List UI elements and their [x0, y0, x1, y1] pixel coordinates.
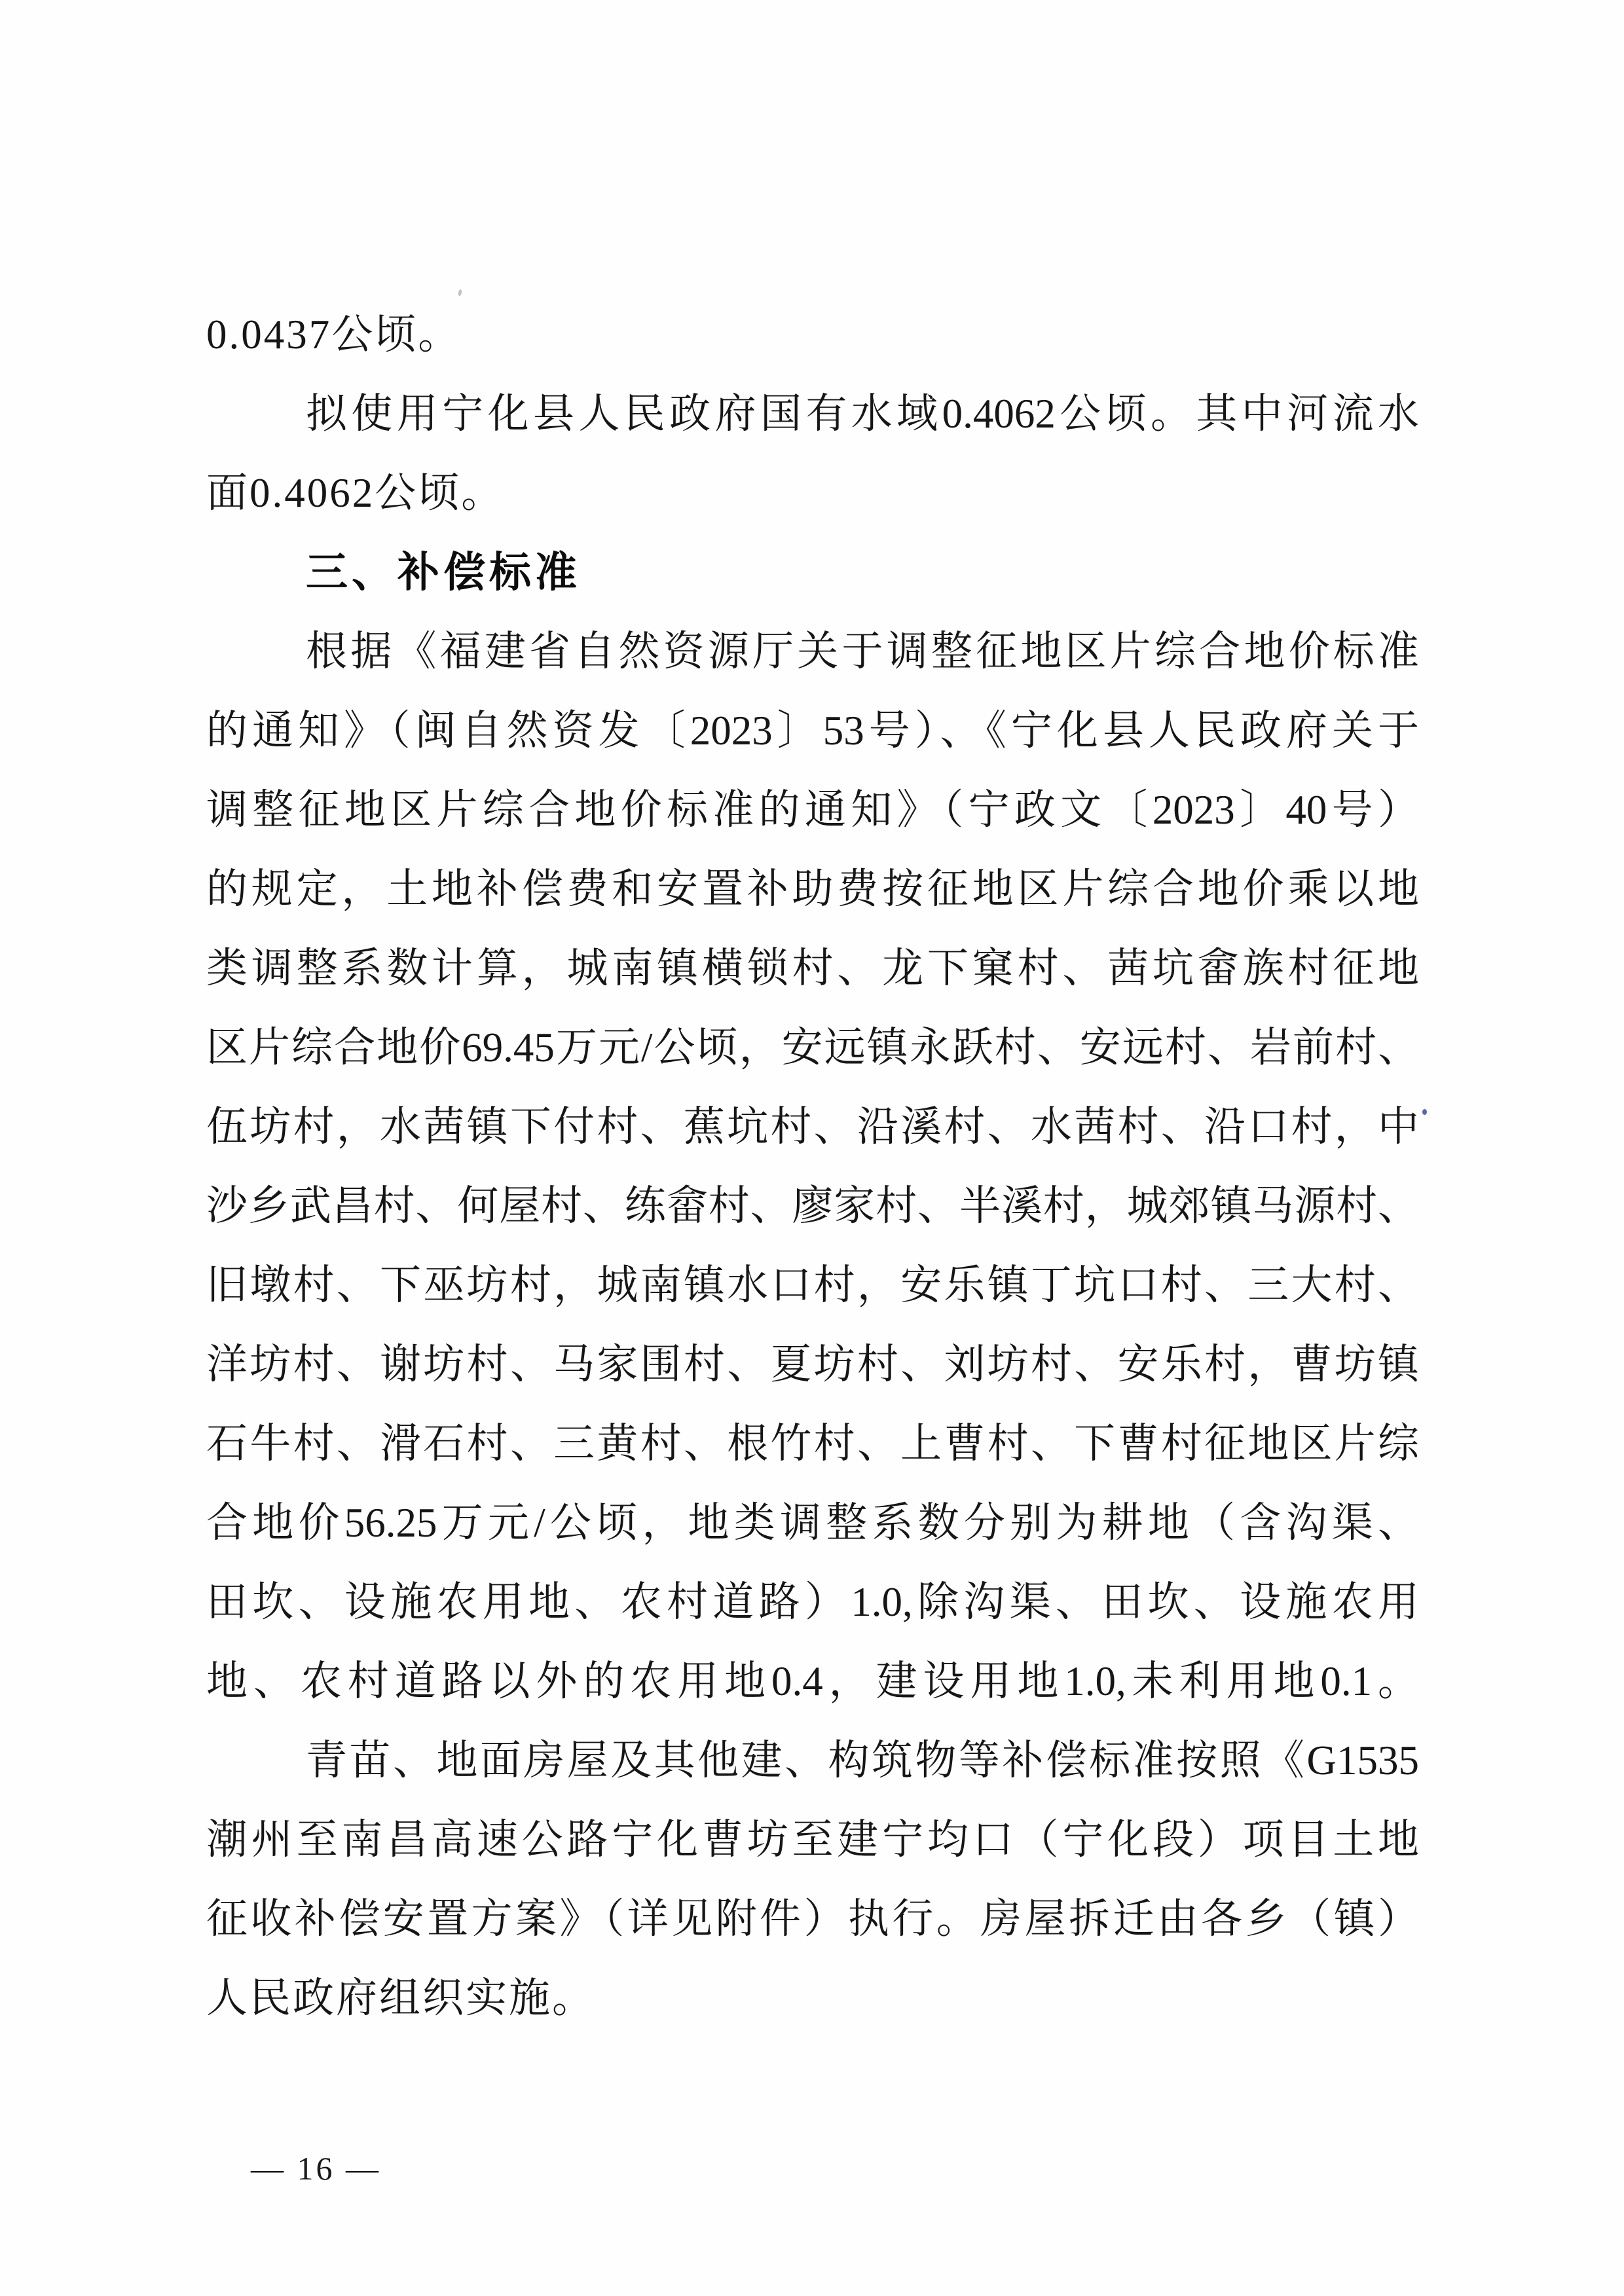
text-line: 旧墩村、下巫坊村，城南镇水口村，安乐镇丁坑口村、三大村、	[206, 1246, 1419, 1325]
text-line: 潮州至南昌高速公路宁化曹坊至建宁均口（宁化段）项目土地	[206, 1800, 1419, 1880]
text-line: 田坎、设施农用地、农村道路）1.0,除沟渠、田坎、设施农用	[206, 1563, 1419, 1642]
text-line: 人民政府组织实施。	[206, 1959, 1419, 2038]
document-page: 0.0437公顷。拟使用宁化县人民政府国有水域0.4062公顷。其中河流水面0.…	[0, 0, 1624, 2296]
text-line: 的通知》（闽自然资发〔2023〕53号）、《宁化县人民政府关于	[206, 691, 1419, 771]
text-line: 合地价56.25万元/公顷，地类调整系数分别为耕地（含沟渠、	[206, 1484, 1419, 1563]
document-body: 0.0437公顷。拟使用宁化县人民政府国有水域0.4062公顷。其中河流水面0.…	[206, 295, 1419, 2038]
text-line: 类调整系数计算，城南镇横锁村、龙下窠村、茜坑畲族村征地	[206, 929, 1419, 1008]
text-line: 区片综合地价69.45万元/公顷，安远镇永跃村、安远村、岩前村、	[206, 1008, 1419, 1087]
text-line: 面0.4062公顷。	[206, 454, 1419, 533]
text-line: 征收补偿安置方案》（详见附件）执行。房屋拆迁由各乡（镇）	[206, 1880, 1419, 1959]
text-line: 伍坊村，水茜镇下付村、蕉坑村、沿溪村、水茜村、沿口村，中	[206, 1087, 1419, 1167]
text-line: 拟使用宁化县人民政府国有水域0.4062公顷。其中河流水	[206, 374, 1419, 454]
text-line: 调整征地区片综合地价标准的通知》（宁政文〔2023〕40号）	[206, 771, 1419, 850]
text-line: 沙乡武昌村、何屋村、练畲村、廖家村、半溪村，城郊镇马源村、	[206, 1167, 1419, 1246]
text-line: 根据《福建省自然资源厅关于调整征地区片综合地价标准	[206, 612, 1419, 691]
text-line: 青苗、地面房屋及其他建、构筑物等补偿标准按照《G1535	[206, 1721, 1419, 1800]
text-line: 石牛村、滑石村、三黄村、根竹村、上曹村、下曹村征地区片综	[206, 1404, 1419, 1484]
text-line: 0.0437公顷。	[206, 295, 1419, 374]
text-line: 的规定，土地补偿费和安置补助费按征地区片综合地价乘以地	[206, 850, 1419, 929]
section-heading: 三、补偿标准	[206, 533, 1419, 612]
scan-artifact	[1422, 1109, 1427, 1115]
text-line: 地、农村道路以外的农用地0.4，建设用地1.0,未利用地0.1。	[206, 1642, 1419, 1721]
page-number: — 16 —	[251, 2149, 381, 2187]
text-line: 洋坊村、谢坊村、马家围村、夏坊村、刘坊村、安乐村，曹坊镇	[206, 1325, 1419, 1404]
